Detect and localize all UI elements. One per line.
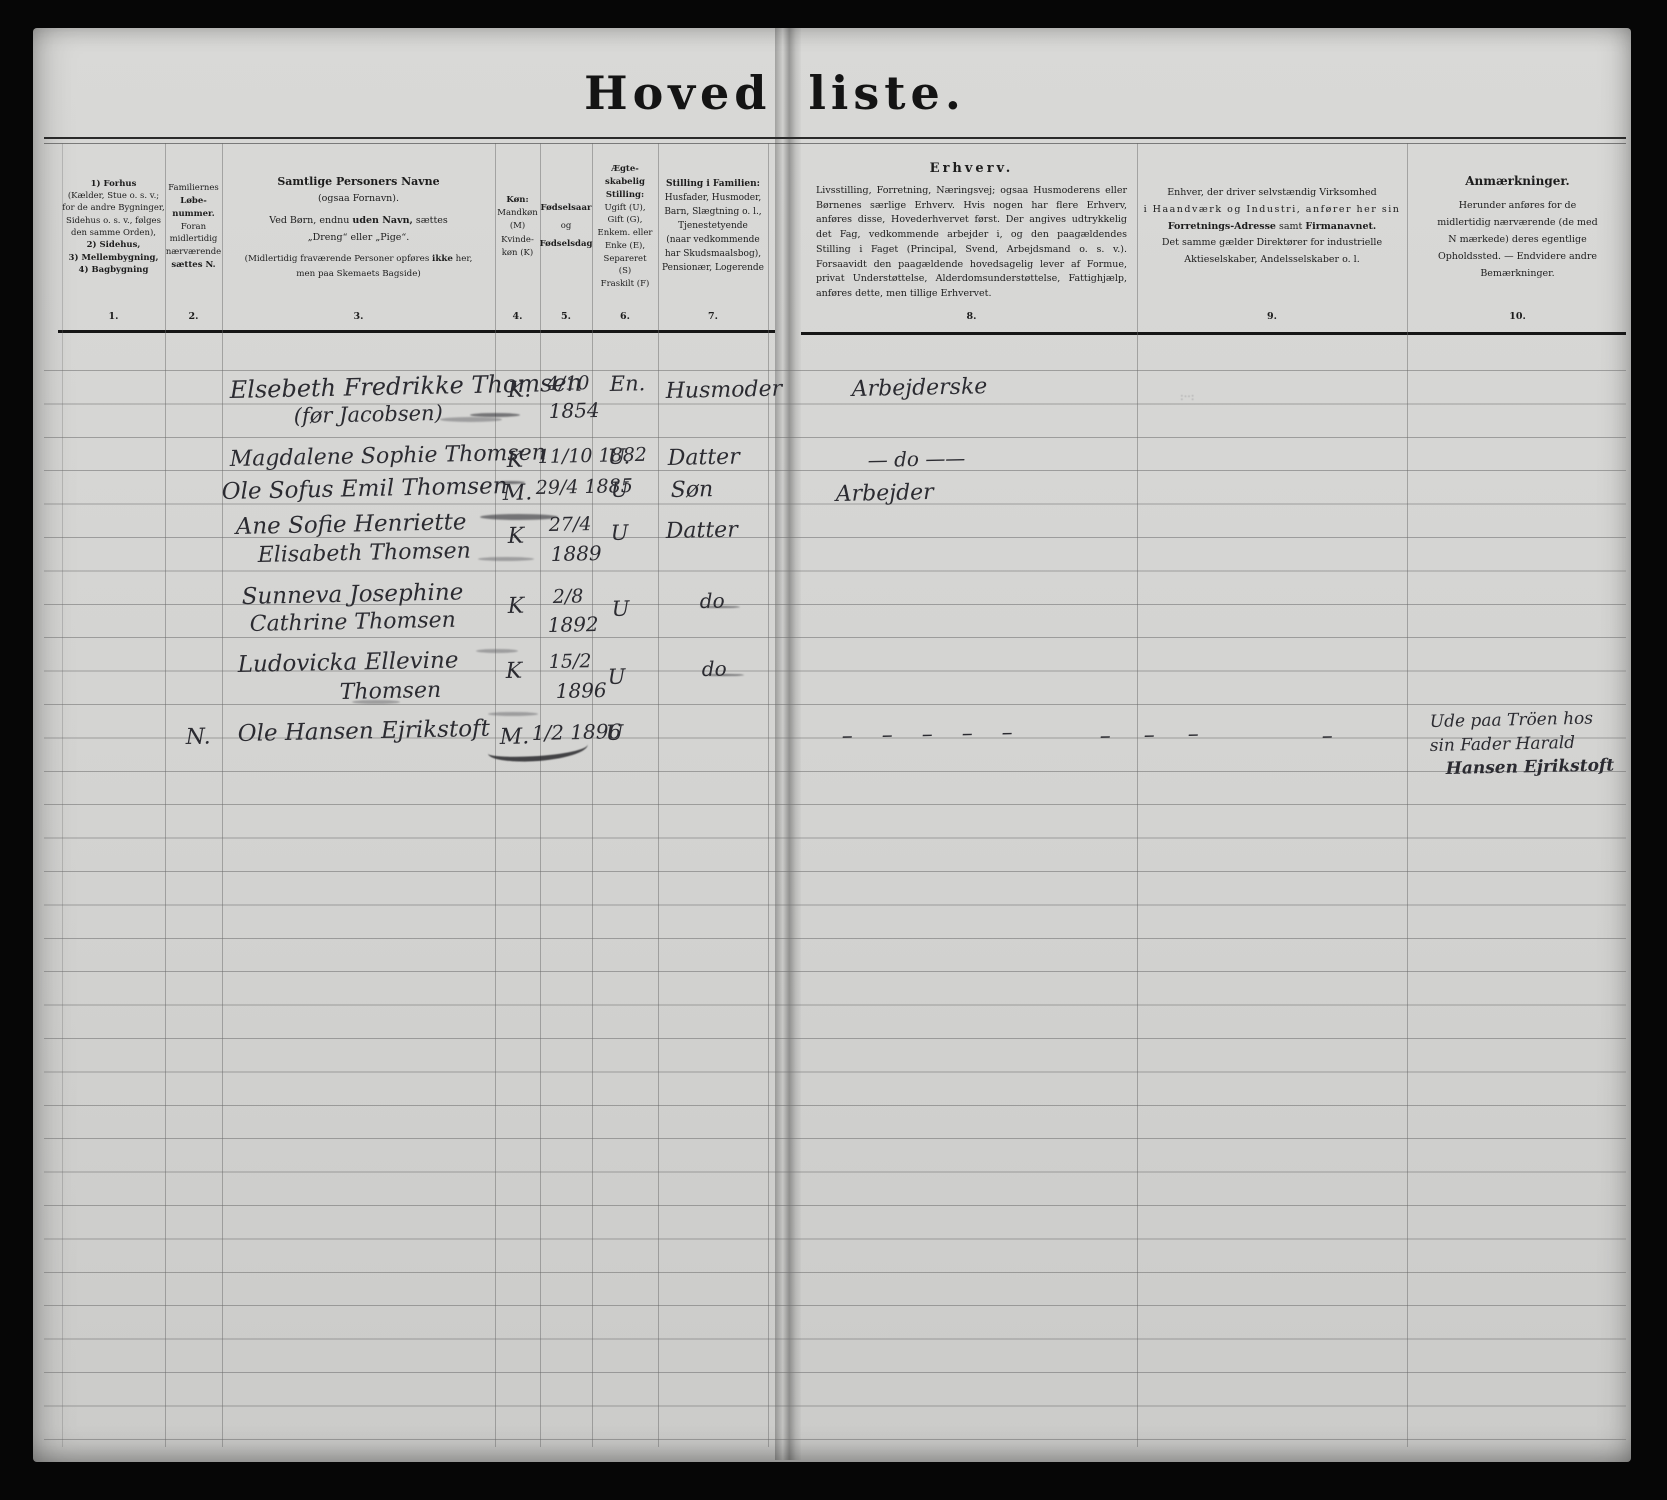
column-number: 5.: [540, 311, 592, 322]
entry-sex: K.: [507, 378, 531, 403]
entry-family-position-ditto: do: [701, 656, 726, 681]
column-number: 6.: [592, 311, 658, 322]
column-number: 10.: [1407, 311, 1628, 322]
entry-sex: K: [506, 448, 523, 473]
entry-birthdate: 2/8: [553, 585, 584, 608]
entry-name: Ole Hansen Ejrikstoft: [237, 716, 490, 747]
entry-name: Ane Sofie Henriette: [235, 509, 466, 540]
entry-family-position: Datter: [665, 517, 737, 544]
ink-smudge: [480, 514, 558, 520]
column-line: [1137, 143, 1138, 1447]
ink-smudge: [352, 700, 400, 704]
header-col-lobenummer: Familiernes Løbe- nummer. Foran midlerti…: [165, 143, 222, 311]
entry-name-maiden: (før Jacobsen): [293, 401, 443, 428]
ink-smudge: [497, 481, 525, 484]
header-col-kon: Køn: Mandkøn (M) Kvinde- køn (K): [495, 143, 540, 311]
column-line: [658, 143, 659, 1447]
entry-occupation: Arbejder: [835, 480, 933, 507]
entry-family-position: Husmoder: [665, 377, 782, 404]
entry-birthyear: 1854: [548, 398, 599, 423]
column-number: 8.: [806, 311, 1137, 322]
ink-smudge: [488, 712, 538, 716]
entry-marital: U: [607, 665, 625, 689]
column-number: 3.: [222, 311, 495, 322]
ink-smudge: [478, 557, 534, 561]
entry-temporary-mark: N.: [185, 724, 210, 750]
entry-birthyear: 1889: [550, 541, 601, 566]
entry-remark: Ude paa Tröen hos: [1430, 709, 1594, 732]
entry-sex: K: [507, 594, 524, 619]
page-title: Hoved liste.: [560, 66, 990, 120]
header-col-forhus: 1) Forhus (Kælder, Stue o. s. v.; for de…: [62, 143, 165, 311]
column-line: [768, 143, 769, 1447]
entry-marital: U.: [607, 445, 630, 469]
entry-birthdate: 15/2: [549, 650, 592, 673]
header-col-fodsel: Fødselsaar og Fødselsdag: [540, 143, 592, 311]
ink-smudge: [476, 649, 518, 653]
entry-name-line2: Cathrine Thomsen: [249, 608, 456, 637]
column-number: 9.: [1137, 311, 1407, 322]
column-line: [222, 143, 223, 1447]
entry-occupation-ditto: — do ——: [867, 446, 965, 472]
header-col-anmaerkninger: Anmærkninger. Herunder anføres for de mi…: [1407, 143, 1628, 311]
column-number: 1.: [62, 311, 165, 322]
column-number: 4.: [495, 311, 540, 322]
entry-marital: U: [610, 478, 628, 502]
entry-occupation-dashes: – – – – –: [841, 720, 1012, 749]
column-number: 7.: [658, 311, 768, 322]
entry-occupation: Arbejderske: [851, 374, 987, 402]
ink-smudge: [704, 674, 744, 676]
column-line: [1407, 143, 1408, 1447]
entry-birthdate: 11/10 1882: [538, 444, 648, 468]
bleed-through-mark: :··:: [1180, 390, 1194, 403]
header-col-navne: Samtlige Personers Navne (ogsaa Fornavn)…: [222, 143, 495, 311]
entry-remark: sin Fader Harald: [1430, 733, 1576, 756]
entry-marital: En.: [609, 371, 645, 396]
header-col-erhverv: Erhverv. Livsstilling, Forretning, Nærin…: [806, 143, 1137, 311]
ink-smudge: [470, 413, 520, 417]
entry-business-dashes: – – –: [1099, 722, 1199, 749]
entry-name-line2: Elisabeth Thomsen: [257, 539, 471, 568]
header-col-aegteskab: Ægte- skabelig Stilling: Ugift (U), Gift…: [592, 143, 658, 311]
entry-birthyear: 1892: [547, 612, 598, 637]
entry-birthdate: 4/10: [547, 372, 590, 395]
column-line: [495, 143, 496, 1447]
entry-sex: K: [505, 659, 522, 684]
entry-family-position-ditto: do: [699, 588, 724, 613]
header-col-forretningsadresse: Enhver, der driver selvstændig Virksomhe…: [1137, 143, 1407, 311]
title-rule-top: [44, 137, 1626, 139]
entry-sex: K: [507, 524, 524, 549]
scanned-census-sheet: Hoved liste. 1) Forhus (Kælder, Stue o. …: [0, 0, 1667, 1500]
column-line: [592, 143, 593, 1447]
entry-name: Ludovicka Ellevine: [237, 647, 458, 678]
column-line: [165, 143, 166, 1447]
entry-marital: U: [611, 597, 629, 621]
column-line: [540, 143, 541, 1447]
entry-family-position: Søn: [670, 477, 713, 503]
entry-marital: U: [610, 521, 628, 545]
header-col-stilling: Stilling i Familien: Husfader, Husmoder,…: [658, 143, 768, 311]
entry-name: Sunneva Josephine: [241, 579, 463, 610]
column-line: [62, 143, 63, 1447]
column-number: 2.: [165, 311, 222, 322]
header-bottom-rule-right: [801, 332, 1626, 335]
ink-smudge: [440, 417, 502, 422]
entry-birthyear: 1896: [555, 678, 606, 703]
entry-family-position: Datter: [667, 444, 739, 471]
entry-marital: U: [605, 721, 623, 745]
entry-sex: M.: [502, 480, 532, 506]
entry-remark: Hansen Ejrikstoft: [1446, 755, 1615, 779]
ink-smudge: [700, 606, 740, 608]
entry-remark-dash: –: [1321, 724, 1333, 749]
